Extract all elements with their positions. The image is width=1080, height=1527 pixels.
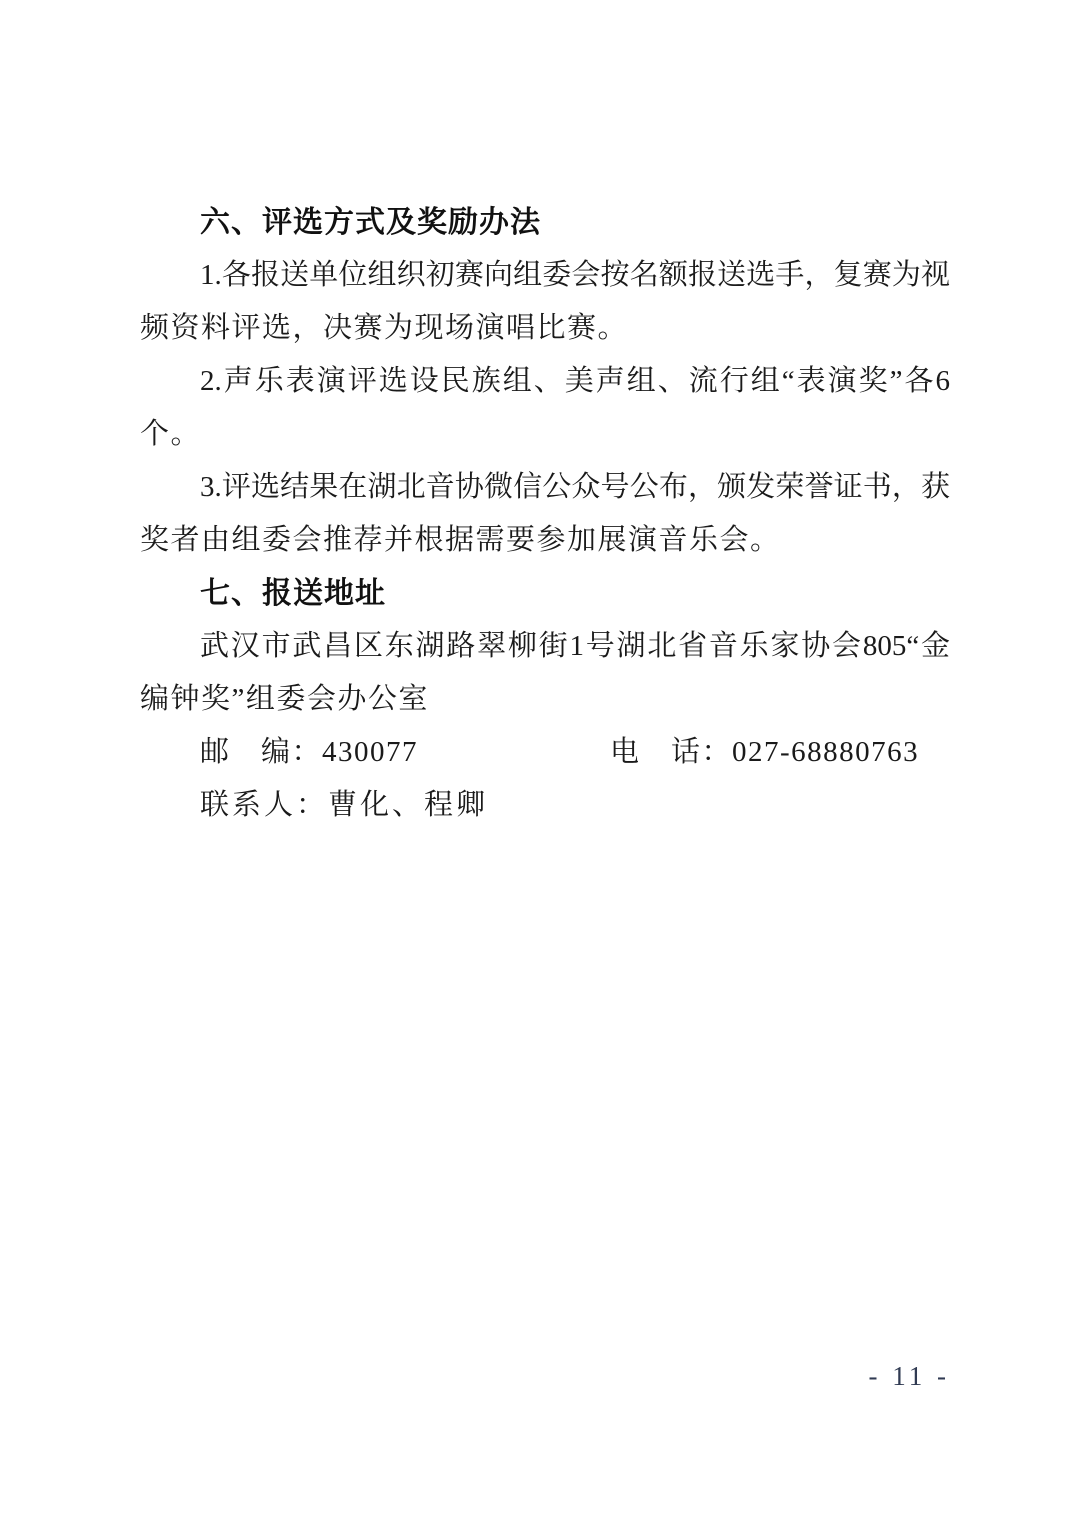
section-6-item-3-line-2: 奖者由组委会推荐并根据需要参加展演音乐会。 (140, 514, 950, 567)
section-7-heading: 七、报送地址 (140, 567, 950, 620)
postal-code: 邮 编：430077 (200, 736, 418, 768)
document-body: 六、评选方式及奖励办法 1.各报送单位组织初赛向组委会按名额报送选手，复赛为视 … (140, 196, 950, 832)
document-page: 六、评选方式及奖励办法 1.各报送单位组织初赛向组委会按名额报送选手，复赛为视 … (0, 0, 1080, 1527)
section-6-item-2-line-2: 个。 (140, 408, 950, 461)
postal-phone-row: 邮 编：430077 电 话：027-68880763 (140, 726, 950, 779)
section-6-item-1-line-1: 1.各报送单位组织初赛向组委会按名额报送选手，复赛为视 (140, 249, 950, 302)
section-6-item-1-line-2: 频资料评选，决赛为现场演唱比赛。 (140, 302, 950, 355)
section-7-address-line-2: 编钟奖”组委会办公室 (140, 673, 950, 726)
section-6-item-3-line-1: 3.评选结果在湖北音协微信公众号公布，颁发荣誉证书，获 (140, 461, 950, 514)
section-7-address-line-1: 武汉市武昌区东湖路翠柳街1号湖北省音乐家协会805“金 (140, 620, 950, 673)
page-number: - 11 - (869, 1356, 950, 1396)
section-6-heading: 六、评选方式及奖励办法 (140, 196, 950, 249)
phone-number: 电 话：027-68880763 (610, 726, 919, 779)
contact-persons: 联系人：曹化、程卿 (140, 779, 950, 832)
section-6-item-2-line-1: 2.声乐表演评选设民族组、美声组、流行组“表演奖”各6 (140, 355, 950, 408)
